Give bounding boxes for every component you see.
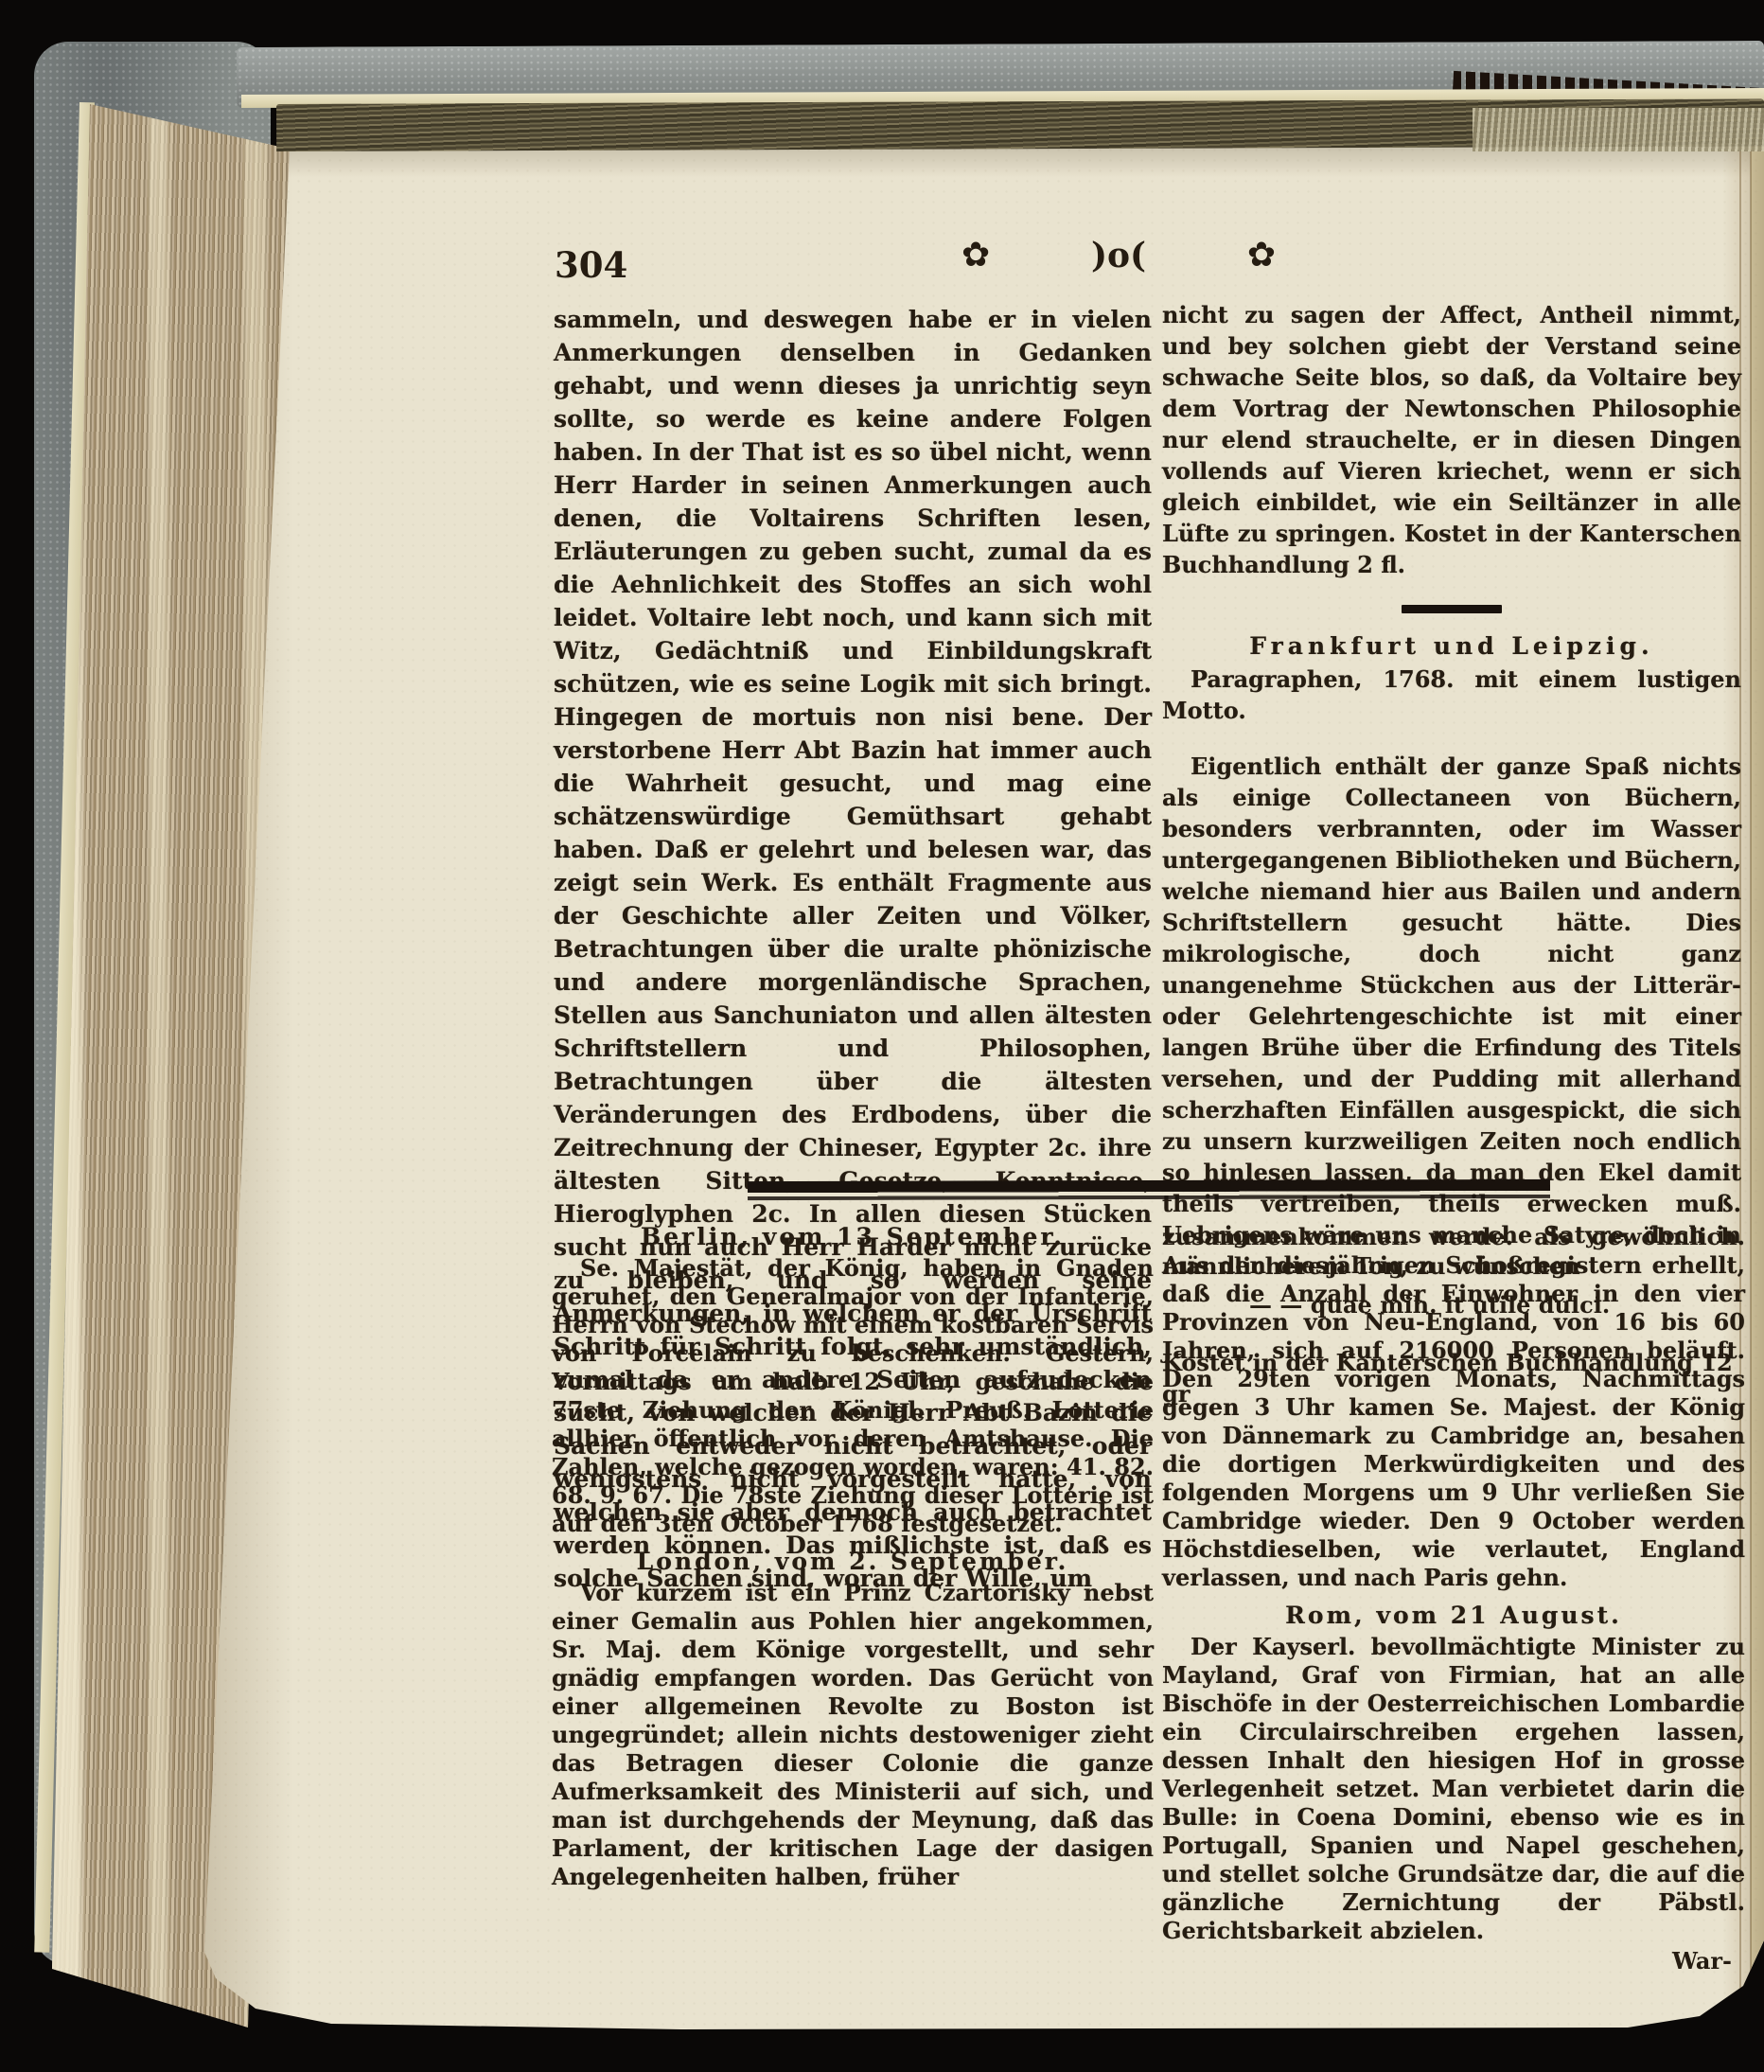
section-divider-large bbox=[748, 1179, 1550, 1200]
frankfurt-leipzig-heading: Frankfurt und Leipzig. bbox=[1162, 632, 1741, 660]
catchword: War- bbox=[1162, 1947, 1732, 1975]
column-separator-mark: )o( bbox=[1091, 239, 1146, 273]
news-left-column: Berlin, vom 13 September. Se. Majestät, … bbox=[552, 1223, 1154, 1891]
berlin-dateline-heading: Berlin, vom 13 September. bbox=[552, 1223, 1154, 1250]
rom-news-text: Der Kayserl. bevollmächtigte Minister zu… bbox=[1162, 1633, 1745, 1945]
london-news-text: Vor kurzem ist ein Prinz Czartorisky neb… bbox=[552, 1579, 1154, 1891]
london-dateline-heading: London, vom 2. September. bbox=[552, 1548, 1154, 1575]
frankfurt-title-line: Paragraphen, 1768. mit einem lustigen Mo… bbox=[1162, 664, 1741, 726]
berlin-news-text: Se. Majestät, der König, haben in Gnaden… bbox=[552, 1254, 1154, 1538]
shell-fleuron-left-icon: ✿ bbox=[961, 239, 990, 273]
header-ornaments: ✿ )o( ✿ bbox=[961, 239, 1276, 273]
page-block-top-edges-curved bbox=[1473, 108, 1764, 151]
shell-fleuron-right-icon: ✿ bbox=[1247, 239, 1276, 273]
page-number: 304 bbox=[555, 244, 627, 286]
book-scan: 304 ✿ )o( ✿ sammeln, und deswegen habe e… bbox=[0, 0, 1764, 2072]
review-text-end: nicht zu sagen der Affect, Antheil nimmt… bbox=[1162, 299, 1741, 580]
frankfurt-body-text: Eigentlich enthält der ganze Spaß nichts… bbox=[1162, 751, 1741, 1282]
news-right-column: zusammenkommen werde. als gewöhnlich. Au… bbox=[1162, 1223, 1745, 1975]
london-news-continuation: zusammenkommen werde. als gewöhnlich. Au… bbox=[1162, 1223, 1745, 1592]
article-divider-small bbox=[1402, 605, 1502, 613]
rom-dateline-heading: Rom, vom 21 August. bbox=[1162, 1602, 1745, 1629]
